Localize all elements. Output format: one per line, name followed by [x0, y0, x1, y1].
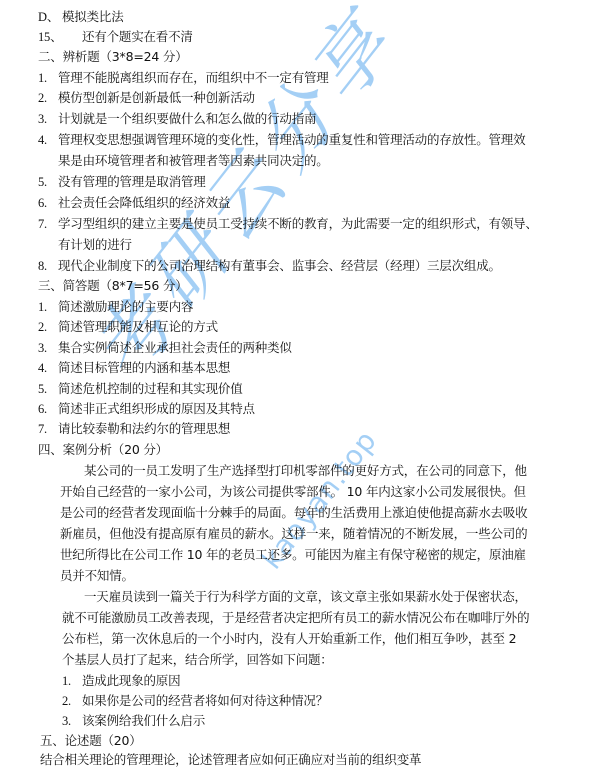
- list-item: 6.社会责任会降低组织的经济效益: [38, 194, 230, 212]
- section-2-title: 二、辨析题（3*8=24 分）: [38, 48, 188, 65]
- case-paragraph-1-line: 员并不知情。: [60, 567, 134, 584]
- item-text: 简述危机控制的过程和其实现价值: [58, 381, 243, 396]
- item-text: 简述激励理论的主要内容: [58, 299, 193, 314]
- item-number: 7.: [38, 421, 58, 438]
- list-item-continuation: 有计划的进行: [58, 236, 132, 253]
- item-text: 计划就是一个组织要做什么和怎么做的行动指南: [58, 111, 316, 126]
- item-text: 现代企业制度下的公司治理结构有董事会、监事会、经营层（经理）三层次组成。: [58, 258, 501, 273]
- item-number: 4.: [38, 360, 58, 377]
- document-page: 考研云分享 kaoyan.top D、模拟类比法 15、还有个题实在看不清 二、…: [0, 0, 596, 774]
- item-text: 请比较泰勒和法约尔的管理思想: [58, 421, 230, 436]
- list-item: 7.学习型组织的建立主要是使员工受持续不断的教育，为此需要一定的组织形式，有领导…: [38, 215, 538, 233]
- item-number: 4.: [38, 132, 58, 149]
- item-number: 3.: [38, 111, 58, 128]
- list-item: 4.管理权变思想强调管理环境的变化性，管理活动的重复性和管理活动的存放性。管理效: [38, 131, 525, 149]
- case-paragraph-2-line: 公布栏，第一次休息后的一个小时内，没有人开始重新工作，他们相互争吵，甚至 2: [62, 630, 516, 647]
- item-number: 3.: [38, 340, 58, 357]
- case-question: 1.造成此现象的原因: [62, 672, 180, 690]
- item-number: 3.: [62, 713, 82, 730]
- item-number: 5.: [38, 174, 58, 191]
- item-number: 6.: [38, 401, 58, 418]
- list-item: 5.简述危机控制的过程和其实现价值: [38, 380, 243, 398]
- item-text: 学习型组织的建立主要是使员工受持续不断的教育，为此需要一定的组织形式，有领导、: [58, 216, 538, 231]
- item-number: 5.: [38, 381, 58, 398]
- question-text: 还有个题实在看不清: [82, 29, 193, 44]
- item-number: 1.: [38, 70, 58, 87]
- list-item: 3.集合实例简述企业承担社会责任的两种类似: [38, 339, 292, 357]
- list-item: 7.请比较泰勒和法约尔的管理思想: [38, 420, 230, 438]
- case-paragraph-1-line: 是公司的经营者发现面临十分棘手的局面。每年的生活费用上涨迫使他提高薪水去吸收: [60, 504, 527, 521]
- case-question: 3.该案例给我们什么启示: [62, 712, 205, 730]
- item-number: 8.: [38, 258, 58, 275]
- list-item: 1.管理不能脱离组织而存在，而组织中不一定有管理: [38, 69, 329, 87]
- item-text: 管理不能脱离组织而存在，而组织中不一定有管理: [58, 70, 329, 85]
- list-item: 5.没有管理的管理是取消管理: [38, 173, 206, 191]
- item-text: 模仿型创新是创新最低一种创新活动: [58, 90, 255, 105]
- list-item: 1.简述激励理论的主要内容: [38, 298, 193, 316]
- item-number: 7.: [38, 216, 58, 233]
- section-4-title: 四、案例分析（20 分）: [38, 441, 168, 458]
- item-text: 简述目标管理的内涵和基本思想: [58, 360, 230, 375]
- list-item: 6.简述非正式组织形成的原因及其特点: [38, 400, 255, 418]
- question-number: 15、: [38, 29, 82, 46]
- case-paragraph-1-line: 世纪所得比在公司工作 10 年的老员工还多。可能因为雇主有保守秘密的规定，原油雇: [60, 546, 526, 563]
- item-number: 2.: [38, 319, 58, 336]
- list-item: 8.现代企业制度下的公司治理结构有董事会、监事会、经营层（经理）三层次组成。: [38, 257, 501, 275]
- section-5-question: 结合相关理论的管理理论，论述管理者应如何正确应对当前的组织变革: [40, 751, 421, 768]
- list-item: 4.简述目标管理的内涵和基本思想: [38, 359, 230, 377]
- case-paragraph-1-line: 开始自己经营的一家小公司，为该公司提供零部件。 10 年内这家小公司发展很快。但: [60, 483, 526, 500]
- item-number: 2.: [38, 90, 58, 107]
- item-text: 简述非正式组织形成的原因及其特点: [58, 401, 255, 416]
- case-paragraph-2-line: 个基层人员打了起来，结合所学，回答如下问题：: [62, 651, 333, 668]
- case-paragraph-2-line: 一天雇员读到一篇关于行为科学方面的文章，该文章主张如果薪水处于保密状态，: [84, 588, 527, 605]
- mc-option-d: D、模拟类比法: [38, 8, 124, 26]
- item-number: 2.: [62, 693, 82, 710]
- case-question: 2.如果你是公司的经营者将如何对待这种情况？: [62, 692, 328, 710]
- item-text: 如果你是公司的经营者将如何对待这种情况？: [82, 693, 328, 708]
- item-text: 简述管理职能及相互论的方式: [58, 319, 218, 334]
- case-paragraph-1-line: 新雇员，但他没有提高原有雇员的薪水。这样一来，随着情况的不断发展，一些公司的: [60, 525, 527, 542]
- item-text: 没有管理的管理是取消管理: [58, 174, 206, 189]
- item-number: 1.: [62, 673, 82, 690]
- item-number: 6.: [38, 195, 58, 212]
- section-5-title: 五、论述题（20）: [40, 732, 142, 749]
- list-item: 3.计划就是一个组织要做什么和怎么做的行动指南: [38, 110, 316, 128]
- case-paragraph-1-line: 某公司的一员工发明了生产选择型打印机零部件的更好方式，在公司的同意下，他: [84, 462, 527, 479]
- list-item: 2.简述管理职能及相互论的方式: [38, 318, 218, 336]
- item-number: 1.: [38, 299, 58, 316]
- item-text: 造成此现象的原因: [82, 673, 180, 688]
- item-text: 集合实例简述企业承担社会责任的两种类似: [58, 340, 292, 355]
- case-paragraph-2-line: 就不可能激励员工改善表现，于是经营者决定把所有员工的薪水情况公布在咖啡厅外的: [62, 609, 529, 626]
- section-3-title: 三、简答题（8*7=56 分）: [38, 277, 188, 294]
- item-text: 社会责任会降低组织的经济效益: [58, 195, 230, 210]
- list-item: 2.模仿型创新是创新最低一种创新活动: [38, 89, 255, 107]
- option-label: D、: [38, 9, 62, 26]
- question-15: 15、还有个题实在看不清: [38, 28, 193, 46]
- option-text: 模拟类比法: [62, 9, 124, 24]
- item-text: 该案例给我们什么启示: [82, 713, 205, 728]
- list-item-continuation: 果是由环境管理者和被管理者等因素共同决定的。: [58, 152, 329, 169]
- item-text: 管理权变思想强调管理环境的变化性，管理活动的重复性和管理活动的存放性。管理效: [58, 132, 525, 147]
